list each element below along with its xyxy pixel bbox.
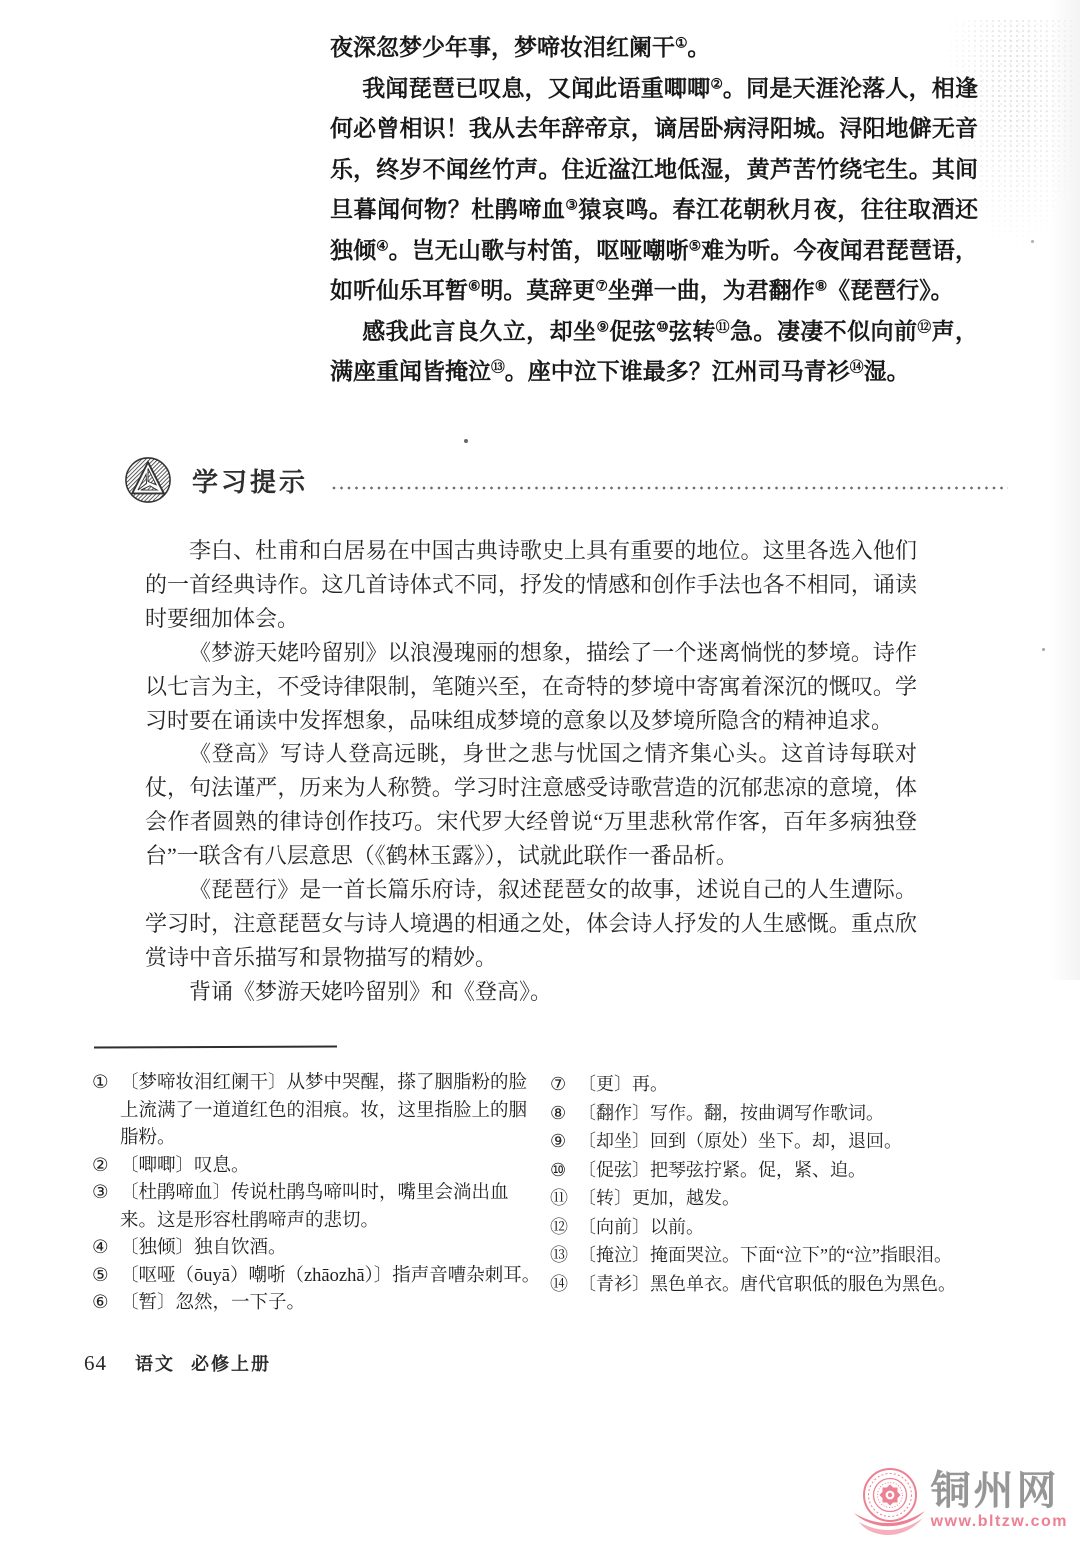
footnotes-section: ① 〔梦啼妆泪红阑干〕从梦中哭醒，搽了胭脂粉的脸上流满了一道道红色的泪痕。妆，这… [92, 1046, 980, 1318]
footnote-text: 〔呕哑（ōuyā）嘲哳（zhāozhā）〕指声音嘈杂刺耳。 [120, 1263, 542, 1291]
footnote-number: ⑭ [550, 1270, 578, 1299]
footnote-text: 〔杜鹃啼血〕传说杜鹃鸟啼叫时，嘴里会淌出血来。这是形容杜鹃啼声的悲切。 [120, 1180, 542, 1235]
footnote-number: ⑥ [92, 1290, 120, 1318]
footnote-text: 〔促弦〕把琴弦拧紧。促，紧、迫。 [578, 1156, 980, 1185]
scan-speck [1031, 240, 1034, 243]
study-tips-paragraph: 李白、杜甫和白居易在中国古典诗歌史上具有重要的地位。这里各选入他们的一首经典诗作… [145, 534, 917, 636]
footnote-item: ⑪ 〔转〕更加，越发。 [550, 1184, 980, 1213]
study-tips-paragraph: 《琵琶行》是一首长篇乐府诗，叙述琵琶女的故事，述说自己的人生遭际。学习时，注意琵… [145, 873, 917, 975]
footnote-item: ⑩ 〔促弦〕把琴弦拧紧。促，紧、迫。 [550, 1156, 980, 1185]
poem-paragraph: 夜深忽梦少年事，梦啼妆泪红阑干①。 [330, 28, 978, 69]
footnote-text: 〔翻作〕写作。翻，按曲调写作歌词。 [578, 1099, 980, 1128]
footnote-text: 〔掩泣〕掩面哭泣。下面“泣下”的“泣”指眼泪。 [578, 1241, 980, 1270]
footnote-text: 〔青衫〕黑色单衣。唐代官职低的服色为黑色。 [578, 1270, 980, 1299]
study-tips-body: 李白、杜甫和白居易在中国古典诗歌史上具有重要的地位。这里各选入他们的一首经典诗作… [145, 534, 917, 1009]
footnote-number: ⑧ [550, 1099, 578, 1128]
footnote-number: ⑫ [550, 1213, 578, 1242]
footnote-text: 〔却坐〕回到（原处）坐下。却，退回。 [578, 1127, 980, 1156]
footnote-divider [94, 1045, 337, 1048]
footnote-item: ⑥ 〔暂〕忽然，一下子。 [92, 1290, 542, 1318]
footnote-column-right: ⑦ 〔更〕再。 ⑧ 〔翻作〕写作。翻，按曲调写作歌词。 ⑨ 〔却坐〕回到（原处）… [550, 1070, 980, 1318]
footnote-number: ⑨ [550, 1127, 578, 1156]
footnote-text: 〔更〕再。 [578, 1070, 980, 1099]
footnote-number: ② [92, 1153, 120, 1181]
footnote-item: ⑨ 〔却坐〕回到（原处）坐下。却，退回。 [550, 1127, 980, 1156]
footnote-item: ② 〔唧唧〕叹息。 [92, 1153, 542, 1181]
footnote-number: ⑬ [550, 1241, 578, 1270]
footnote-number: ⑩ [550, 1156, 578, 1185]
footnote-item: ⑧ 〔翻作〕写作。翻，按曲调写作歌词。 [550, 1099, 980, 1128]
footnote-column-left: ① 〔梦啼妆泪红阑干〕从梦中哭醒，搽了胭脂粉的脸上流满了一道道红色的泪痕。妆，这… [92, 1070, 542, 1318]
footnote-item: ① 〔梦啼妆泪红阑干〕从梦中哭醒，搽了胭脂粉的脸上流满了一道道红色的泪痕。妆，这… [92, 1070, 542, 1153]
footnote-item: ⑦ 〔更〕再。 [550, 1070, 980, 1099]
footnote-text: 〔向前〕以前。 [578, 1213, 980, 1242]
footnote-number: ③ [92, 1180, 120, 1235]
page-number: 64 [84, 1351, 107, 1376]
footnote-number: ④ [92, 1235, 120, 1263]
footnote-number: ⑦ [550, 1070, 578, 1099]
footnote-item: ⑫ 〔向前〕以前。 [550, 1213, 980, 1242]
footer-subject: 语文 [135, 1350, 175, 1376]
study-tips-paragraph: 《梦游天姥吟留别》以浪漫瑰丽的想象，描绘了一个迷离惝恍的梦境。诗作以七言为主，不… [145, 636, 917, 738]
watermark-seal-icon [853, 1464, 927, 1538]
footnote-number: ① [92, 1070, 120, 1153]
study-tips-title: 学习提示 [192, 462, 308, 499]
site-watermark: 铜州网 www.bltzw.com [853, 1464, 1068, 1538]
watermark-site-url: www.bltzw.com [931, 1513, 1068, 1531]
study-tips-paragraph: 《登高》写诗人登高远眺，身世之悲与忧国之情齐集心头。这首诗每联对仗，句法谨严，历… [145, 737, 917, 873]
footnote-item: ⑤ 〔呕哑（ōuyā）嘲哳（zhāozhā）〕指声音嘈杂刺耳。 [92, 1263, 542, 1291]
footnote-text: 〔转〕更加，越发。 [578, 1184, 980, 1213]
publisher-pinwheel-logo-icon [124, 456, 172, 504]
footer-volume: 必修上册 [191, 1350, 271, 1376]
footnote-number: ⑤ [92, 1263, 120, 1291]
footnote-item: ⑭ 〔青衫〕黑色单衣。唐代官职低的服色为黑色。 [550, 1270, 980, 1299]
scan-speck [1042, 648, 1045, 651]
footnote-text: 〔唧唧〕叹息。 [120, 1153, 542, 1181]
footnote-number: ⑪ [550, 1184, 578, 1213]
footnote-text: 〔暂〕忽然，一下子。 [120, 1290, 542, 1318]
footnote-text: 〔独倾〕独自饮酒。 [120, 1235, 542, 1263]
footnote-item: ③ 〔杜鹃啼血〕传说杜鹃鸟啼叫时，嘴里会淌出血来。这是形容杜鹃啼声的悲切。 [92, 1180, 542, 1235]
watermark-site-name: 铜州网 [931, 1471, 1068, 1511]
dotted-rule [332, 486, 1008, 490]
poem-paragraph: 我闻琵琶已叹息，又闻此语重唧唧②。同是天涯沦落人，相逢何必曾相识！我从去年辞帝京… [330, 69, 978, 312]
scan-speck [464, 439, 468, 443]
study-tips-paragraph: 背诵《梦游天姥吟留别》和《登高》。 [145, 975, 917, 1009]
study-tips-header: 学习提示 [124, 456, 1008, 504]
footnote-text: 〔梦啼妆泪红阑干〕从梦中哭醒，搽了胭脂粉的脸上流满了一道道红色的泪痕。妆，这里指… [120, 1070, 542, 1153]
footnote-item: ④ 〔独倾〕独自饮酒。 [92, 1235, 542, 1263]
page-footer: 64 语文 必修上册 [84, 1350, 271, 1376]
poem-text-block: 夜深忽梦少年事，梦啼妆泪红阑干①。 我闻琵琶已叹息，又闻此语重唧唧②。同是天涯沦… [330, 28, 978, 393]
poem-paragraph: 感我此言良久立，却坐⑨促弦⑩弦转⑪急。凄凄不似向前⑫声，满座重闻皆掩泣⑬。座中泣… [330, 312, 978, 393]
footnote-item: ⑬ 〔掩泣〕掩面哭泣。下面“泣下”的“泣”指眼泪。 [550, 1241, 980, 1270]
